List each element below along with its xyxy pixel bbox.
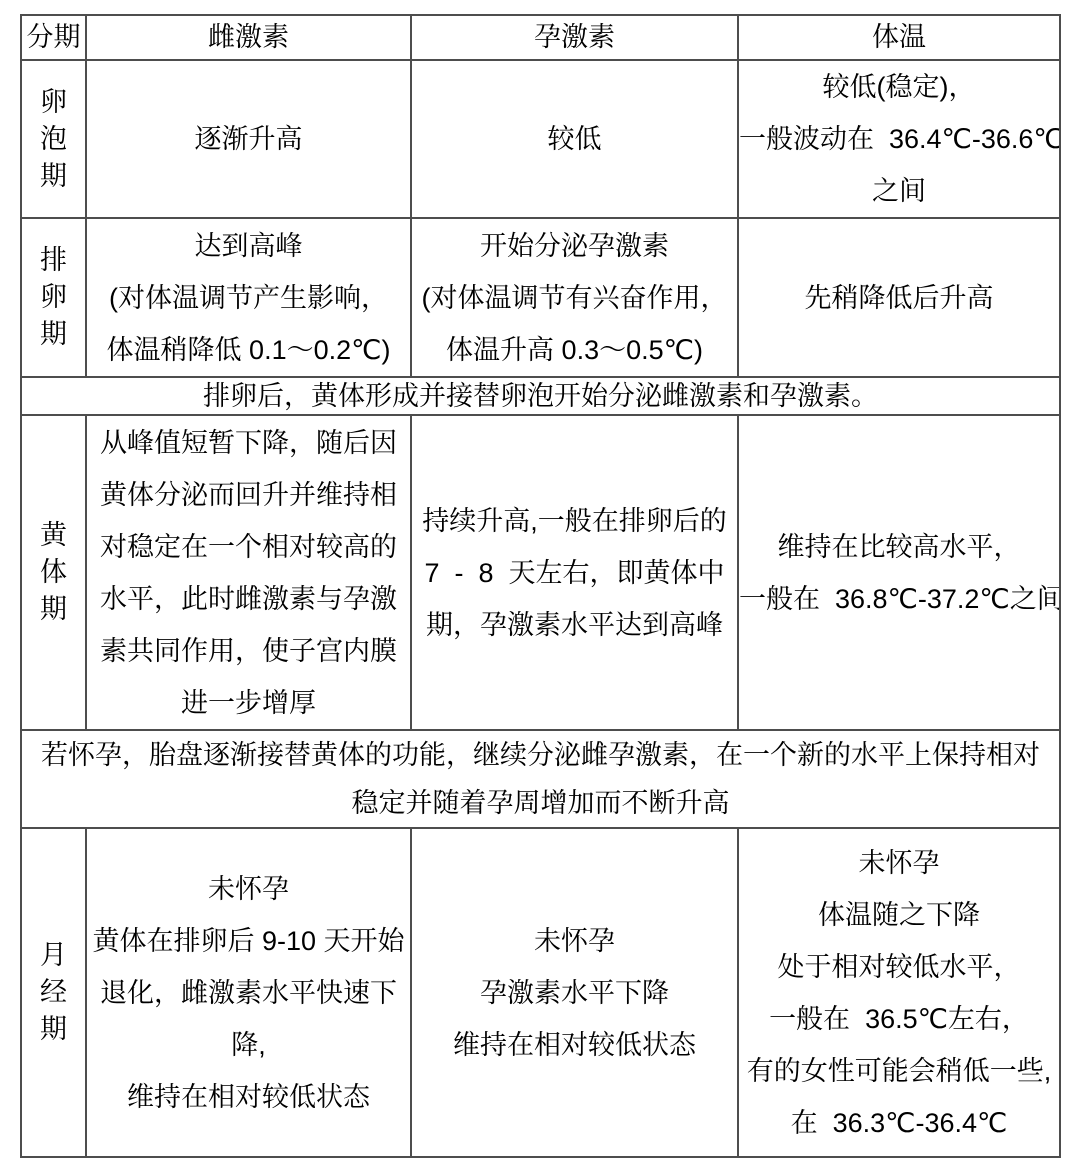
cell-menstrual-progesterone: 未怀孕 孕激素水平下降 维持在相对较低状态 bbox=[411, 828, 738, 1157]
row-note-after-ovulation: 排卵后，黄体形成并接替卵泡开始分泌雌激素和孕激素。 bbox=[21, 377, 1060, 415]
text-line: 之间 bbox=[739, 165, 1059, 217]
text-line: 水平，此时雌激素与孕激 bbox=[87, 573, 410, 625]
header-cell-temperature: 体温 bbox=[738, 15, 1060, 60]
text-line: 素共同作用，使子宫内膜 bbox=[87, 625, 410, 677]
header-cell-progesterone: 孕激素 bbox=[411, 15, 738, 60]
cell-note-pregnant: 若怀孕，胎盘逐渐接替黄体的功能，继续分泌雌孕激素，在一个新的水平上保持相对 稳定… bbox=[21, 730, 1060, 828]
row-follicular: 卵 泡 期 逐渐升高 较低 较低(稳定)， 一般波动在 36.4℃-36.6℃ … bbox=[21, 60, 1060, 218]
header-cell-estrogen: 雌激素 bbox=[86, 15, 411, 60]
cell-menstrual-estrogen: 未怀孕 黄体在排卵后 9-10 天开始 退化，雌激素水平快速下 降, 维持在相对… bbox=[86, 828, 411, 1157]
text-line: 进一步增厚 bbox=[87, 677, 410, 729]
text-line: 体温升高 0.3～0.5℃) bbox=[412, 324, 737, 376]
cell-luteal-progesterone: 持续升高,一般在排卵后的 7 - 8 天左右，即黄体中 期，孕激素水平达到高峰 bbox=[411, 415, 738, 730]
text-line: 孕激素水平下降 bbox=[412, 967, 737, 1019]
text-line: 体温随之下降 bbox=[739, 889, 1059, 941]
row-note-pregnant: 若怀孕，胎盘逐渐接替黄体的功能，继续分泌雌孕激素，在一个新的水平上保持相对 稳定… bbox=[21, 730, 1060, 828]
phase-label-luteal: 黄 体 期 bbox=[22, 517, 85, 628]
cell-follicular-estrogen: 逐渐升高 bbox=[86, 60, 411, 218]
text-line: 期，孕激素水平达到高峰 bbox=[412, 599, 737, 651]
text-line: (对体温调节产生影响， bbox=[87, 272, 410, 324]
text-line: 退化，雌激素水平快速下 bbox=[87, 967, 410, 1019]
text-line: 稳定并随着孕周增加而不断升高 bbox=[22, 779, 1059, 827]
text-line: 未怀孕 bbox=[412, 915, 737, 967]
text-line: 逐渐升高 bbox=[87, 113, 410, 165]
text-line: 先稍降低后升高 bbox=[739, 272, 1059, 324]
text-line: 开始分泌孕激素 bbox=[412, 220, 737, 272]
row-menstrual: 月 经 期 未怀孕 黄体在排卵后 9-10 天开始 退化，雌激素水平快速下 降,… bbox=[21, 828, 1060, 1157]
phase-label-menstrual: 月 经 期 bbox=[22, 937, 85, 1048]
text-line: 较低(稳定)， bbox=[739, 61, 1059, 113]
cell-follicular-temperature: 较低(稳定)， 一般波动在 36.4℃-36.6℃ 之间 bbox=[738, 60, 1060, 218]
phase-label-follicular: 卵 泡 期 bbox=[22, 84, 85, 195]
text-line: 处于相对较低水平， bbox=[739, 941, 1059, 993]
header-phase-label: 分期 bbox=[22, 17, 85, 58]
text-line: 维持在相对较低状态 bbox=[87, 1071, 410, 1123]
cell-ovulation-temperature: 先稍降低后升高 bbox=[738, 218, 1060, 377]
header-progesterone-label: 孕激素 bbox=[412, 17, 737, 58]
cell-ovulation-phase: 排 卵 期 bbox=[21, 218, 86, 377]
text-line: 维持在比较高水平， bbox=[739, 521, 1059, 573]
header-temperature-label: 体温 bbox=[739, 17, 1059, 58]
header-cell-phase: 分期 bbox=[21, 15, 86, 60]
text-line: 较低 bbox=[412, 113, 737, 165]
header-row: 分期 雌激素 孕激素 体温 bbox=[21, 15, 1060, 60]
cell-note-after-ovulation: 排卵后，黄体形成并接替卵泡开始分泌雌激素和孕激素。 bbox=[21, 377, 1060, 415]
cell-luteal-estrogen: 从峰值短暂下降，随后因 黄体分泌而回升并维持相 对稳定在一个相对较高的 水平，此… bbox=[86, 415, 411, 730]
text-line: 持续升高,一般在排卵后的 bbox=[412, 495, 737, 547]
row-ovulation: 排 卵 期 达到高峰 (对体温调节产生影响， 体温稍降低 0.1～0.2℃) 开… bbox=[21, 218, 1060, 377]
text-line: 排卵后，黄体形成并接替卵泡开始分泌雌激素和孕激素。 bbox=[22, 378, 1059, 414]
text-line: 一般在 36.8℃-37.2℃之间 bbox=[739, 573, 1059, 625]
text-line: 达到高峰 bbox=[87, 220, 410, 272]
cell-luteal-temperature: 维持在比较高水平， 一般在 36.8℃-37.2℃之间 bbox=[738, 415, 1060, 730]
row-luteal: 黄 体 期 从峰值短暂下降，随后因 黄体分泌而回升并维持相 对稳定在一个相对较高… bbox=[21, 415, 1060, 730]
text-line: 未怀孕 bbox=[87, 863, 410, 915]
document-table-page: 分期 雌激素 孕激素 体温 卵 泡 期 逐渐升高 较低 较低 bbox=[0, 0, 1080, 1173]
cell-follicular-progesterone: 较低 bbox=[411, 60, 738, 218]
text-line: 降, bbox=[87, 1019, 410, 1071]
cell-menstrual-temperature: 未怀孕 体温随之下降 处于相对较低水平， 一般在 36.5℃左右， 有的女性可能… bbox=[738, 828, 1060, 1157]
text-line: 从峰值短暂下降，随后因 bbox=[87, 417, 410, 469]
text-line: 一般波动在 36.4℃-36.6℃ bbox=[739, 113, 1059, 165]
text-line: 若怀孕，胎盘逐渐接替黄体的功能，继续分泌雌孕激素，在一个新的水平上保持相对 bbox=[22, 731, 1059, 779]
text-line: 有的女性可能会稍低一些, bbox=[739, 1045, 1059, 1097]
cell-ovulation-estrogen: 达到高峰 (对体温调节产生影响， 体温稍降低 0.1～0.2℃) bbox=[86, 218, 411, 377]
hormone-cycle-table: 分期 雌激素 孕激素 体温 卵 泡 期 逐渐升高 较低 较低 bbox=[20, 14, 1061, 1158]
text-line: (对体温调节有兴奋作用， bbox=[412, 272, 737, 324]
text-line: 7 - 8 天左右，即黄体中 bbox=[412, 547, 737, 599]
text-line: 黄体分泌而回升并维持相 bbox=[87, 469, 410, 521]
text-line: 维持在相对较低状态 bbox=[412, 1019, 737, 1071]
text-line: 体温稍降低 0.1～0.2℃) bbox=[87, 324, 410, 376]
header-estrogen-label: 雌激素 bbox=[87, 17, 410, 58]
text-line: 未怀孕 bbox=[739, 837, 1059, 889]
text-line: 在 36.3℃-36.4℃ bbox=[739, 1097, 1059, 1149]
phase-label-ovulation: 排 卵 期 bbox=[22, 242, 85, 353]
text-line: 一般在 36.5℃左右， bbox=[739, 993, 1059, 1045]
cell-menstrual-phase: 月 经 期 bbox=[21, 828, 86, 1157]
text-line: 对稳定在一个相对较高的 bbox=[87, 521, 410, 573]
cell-luteal-phase: 黄 体 期 bbox=[21, 415, 86, 730]
cell-ovulation-progesterone: 开始分泌孕激素 (对体温调节有兴奋作用， 体温升高 0.3～0.5℃) bbox=[411, 218, 738, 377]
cell-follicular-phase: 卵 泡 期 bbox=[21, 60, 86, 218]
text-line: 黄体在排卵后 9-10 天开始 bbox=[87, 915, 410, 967]
